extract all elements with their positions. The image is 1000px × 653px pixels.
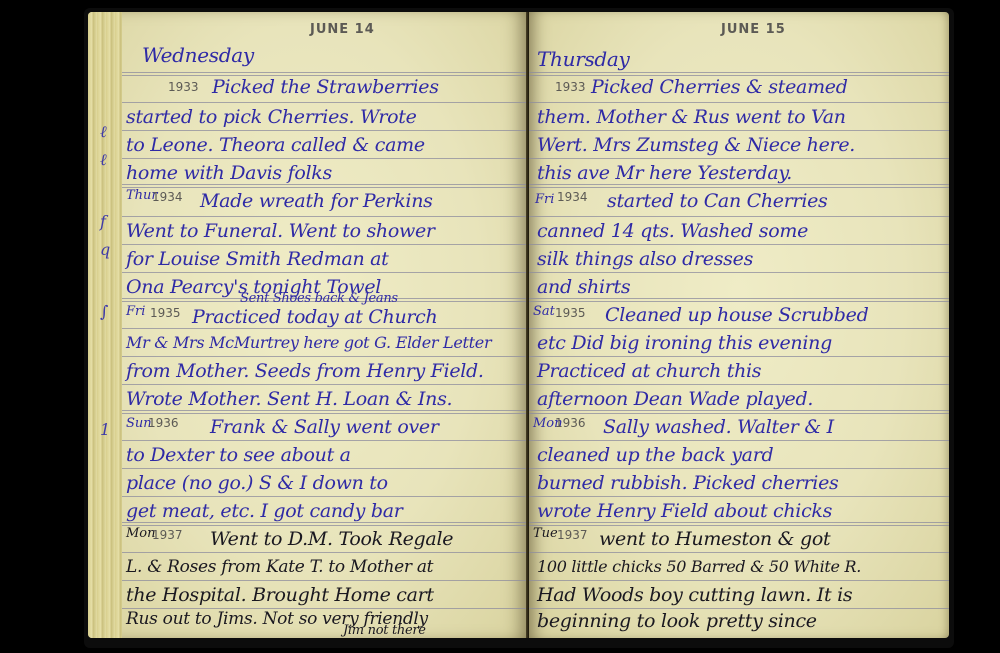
page-stack-edges [88, 12, 122, 638]
entry-line: L. & Roses from Kate T. to Mother at [126, 554, 433, 580]
year-label: 1936 [555, 416, 586, 430]
ruled-line [122, 384, 528, 385]
entry-line: Mr & Mrs McMurtrey here got G. Elder Let… [126, 330, 491, 356]
ruled-line [122, 468, 528, 469]
entry-line: home with Davis folks [126, 160, 332, 186]
entry-line: canned 14 qts. Washed some [537, 218, 808, 244]
ruled-line [122, 272, 528, 273]
entry-line: started to pick Cherries. Wrote [126, 104, 417, 130]
ruled-line [529, 102, 949, 103]
entry-line: 100 little chicks 50 Barred & 50 White R… [537, 554, 861, 580]
entry-line: get meat, etc. I got candy bar [126, 498, 403, 524]
entry-line: Sally washed. Walter & I [603, 414, 834, 440]
entry-line: the Hospital. Brought Home cart [126, 582, 434, 608]
ruled-line [122, 244, 528, 245]
margin-scribble: ℓ [100, 122, 107, 142]
entry-line: Picked the Strawberries [212, 74, 439, 100]
right-page: JUNE 15 Thursday 1933 Picked Cherries & … [529, 12, 949, 638]
entry-line: Had Woods boy cutting lawn. It is [537, 582, 852, 608]
entry-line: this ave Mr here Yesterday. [537, 160, 792, 186]
ruled-line [122, 102, 528, 103]
margin-scribble: q [100, 240, 110, 259]
margin-scribble: 1 [100, 420, 110, 439]
entry-line: to Dexter to see about a [126, 442, 351, 468]
year-label: 1937 [152, 528, 183, 542]
open-diary-book: ℓ ℓ f q ∫ 1 JUNE 14 Wednesday 1933 P [88, 8, 950, 643]
entry-line: Practiced at church this [537, 358, 761, 384]
year-label: 1933 [168, 80, 199, 94]
entry-line: afternoon Dean Wade played. [537, 386, 813, 412]
year-label: 1934 [557, 190, 588, 204]
entry-line: Wert. Mrs Zumsteg & Niece here. [537, 132, 855, 158]
ruled-line [529, 468, 949, 469]
margin-scribble: ℓ [100, 150, 107, 170]
year-label: 1935 [555, 306, 586, 320]
ruled-line [122, 356, 528, 357]
ruled-line [122, 496, 528, 497]
entry-line: Went to D.M. Took Regale [210, 526, 453, 552]
entry-line: wrote Henry Field about chicks [537, 498, 832, 524]
ruled-line [529, 130, 949, 131]
header-rule [529, 72, 949, 73]
entry-line: went to Humeston & got [599, 526, 830, 552]
entry-line: started to Can Cherries [607, 188, 828, 214]
day-abbreviation: Tue [533, 526, 558, 541]
margin-scribble: ∫ [100, 302, 108, 321]
entry-line: Practiced today at Church [192, 304, 437, 330]
year-label: 1935 [150, 306, 181, 320]
ruled-line [529, 216, 949, 217]
entry-note: Jim not there [343, 624, 426, 638]
day-abbreviation: Fri [126, 304, 145, 319]
ruled-line [529, 580, 949, 581]
ruled-line [122, 158, 528, 159]
ruled-line [529, 328, 949, 329]
entry-line: burned rubbish. Picked cherries [537, 470, 838, 496]
entry-line: Went to Funeral. Went to shower [126, 218, 435, 244]
entry-line: Wrote Mother. Sent H. Loan & Ins. [126, 386, 452, 412]
ruled-line [529, 244, 949, 245]
year-label: 1937 [557, 528, 588, 542]
entry-line: beginning to look pretty since [537, 608, 817, 634]
year-label: 1936 [148, 416, 179, 430]
entry-line: silk things also dresses [537, 246, 753, 272]
ruled-line [529, 496, 949, 497]
header-rule [122, 72, 528, 73]
entry-line: to Leone. Theora called & came [126, 132, 425, 158]
entry-line: Made wreath for Perkins [200, 188, 433, 214]
year-label: 1934 [152, 190, 183, 204]
ruled-line [529, 356, 949, 357]
entry-line: Cleaned up house Scrubbed [605, 302, 868, 328]
entry-line: and shirts [537, 274, 630, 300]
ruled-line [529, 552, 949, 553]
ruled-line [122, 440, 528, 441]
ruled-line [122, 580, 528, 581]
day-abbreviation: Sat [533, 304, 555, 319]
day-label: Thursday [537, 46, 630, 72]
ruled-line [529, 440, 949, 441]
entry-line: etc Did big ironing this evening [537, 330, 832, 356]
entry-line: Frank & Sally went over [210, 414, 439, 440]
entry-line: place (no go.) S & I down to [126, 470, 388, 496]
left-page: ℓ ℓ f q ∫ 1 JUNE 14 Wednesday 1933 P [88, 12, 528, 638]
entry-line: cleaned up the back yard [537, 442, 773, 468]
ruled-line [122, 130, 528, 131]
ruled-line [529, 158, 949, 159]
entry-line: Picked Cherries & steamed [591, 74, 848, 100]
ruled-line [529, 272, 949, 273]
date-header: JUNE 14 [310, 22, 375, 37]
year-label: 1933 [555, 80, 586, 94]
ruled-line [529, 384, 949, 385]
day-label: Wednesday [142, 42, 254, 68]
date-header: JUNE 15 [721, 22, 786, 37]
ruled-line [122, 552, 528, 553]
ruled-line [122, 216, 528, 217]
margin-scribble: f [100, 212, 106, 231]
entry-line: from Mother. Seeds from Henry Field. [126, 358, 484, 384]
entry-line: for Louise Smith Redman at [126, 246, 389, 272]
day-abbreviation: Fri [535, 192, 554, 207]
entry-line: them. Mother & Rus went to Van [537, 104, 846, 130]
